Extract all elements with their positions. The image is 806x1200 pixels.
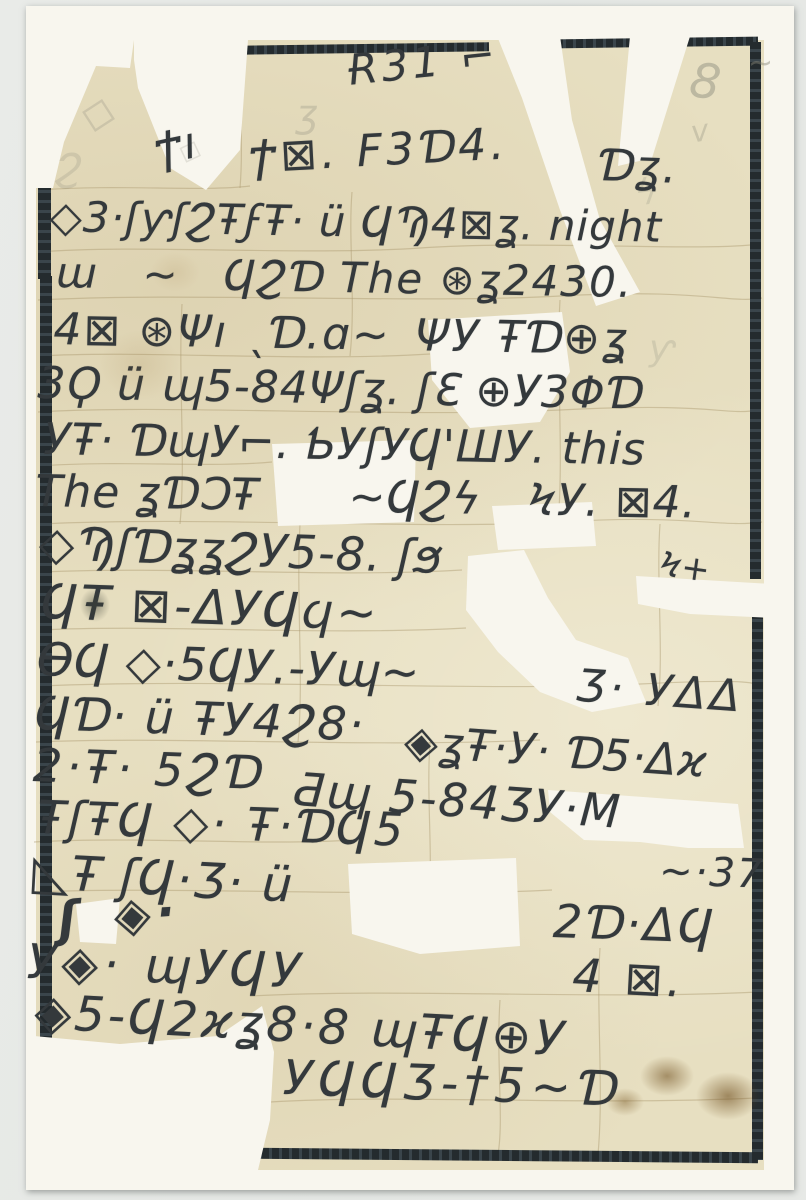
ink-smudge — [80, 588, 110, 622]
ghost-mark: ~ — [748, 46, 773, 81]
scan-background: 8 ~ v ◇ ʒ ϟ ◇ ƴ Ϩ Ɍ31 ⌐ Ϯı Ϯ⊠. Ϝ3Ɗ4. Ɗʓ.… — [0, 0, 806, 1200]
cipher-line: 2Ɗ·ΔϤ — [552, 894, 717, 954]
cipher-line: ɯ ~ ϤϨƊ The ⊛ʓ2430. — [55, 248, 633, 307]
age-stain — [150, 252, 200, 292]
cipher-line: УϤϤƷ-†5~Ɗ — [282, 1050, 623, 1118]
ghost-mark: Ϩ — [56, 146, 82, 190]
age-stain — [100, 330, 180, 400]
ink-stain — [640, 1056, 694, 1096]
cipher-line: Ɗʓ. — [596, 140, 679, 194]
frame-right-upper-segment — [750, 42, 761, 579]
ink-stain — [696, 1072, 760, 1120]
ghost-mark: ƴ — [648, 328, 674, 369]
cipher-line: УŦ· ƊɰУ⌐. ƄУʃУϤ'ШУ. this — [43, 414, 646, 476]
cipher-line: 4 ⊠. — [571, 948, 687, 1008]
cipher-line: ~·37 — [658, 848, 765, 898]
cipher-line: Ϟ+ — [656, 544, 712, 591]
ink-stain — [606, 1088, 644, 1116]
